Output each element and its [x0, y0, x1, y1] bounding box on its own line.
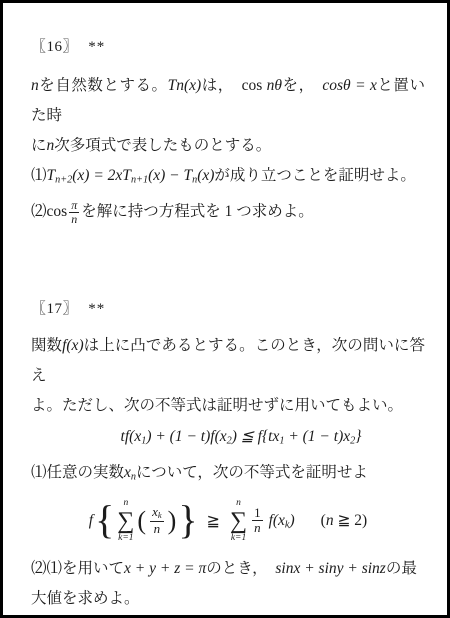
problem-17-part-2-line-2: 大値を求めよ。	[31, 584, 425, 614]
fraction-pi-over-n: πn	[69, 199, 79, 226]
problem-16-number: 〖16〗	[31, 39, 78, 55]
problem-16-header: 〖16〗 **	[31, 37, 425, 57]
document-page: 〖16〗 ** nを自然数とする。Tn(x)は， cos nθを， cosθ =…	[0, 0, 450, 618]
problem-17-header: 〖17〗 **	[31, 299, 425, 319]
problem-17-statement-line-1: 関数f(x)は上に凸であるとする。このとき，次の問いに答え	[31, 331, 425, 391]
right-brace: }	[178, 500, 197, 540]
problem-17-statement-line-2: よ。ただし、次の不等式は証明せずに用いてもよい。	[31, 391, 425, 421]
fraction-1-over-n: 1 n	[252, 506, 263, 536]
inequality-symbol: ≧	[207, 511, 220, 531]
page-content: 〖16〗 ** nを自然数とする。Tn(x)は， cos nθを， cosθ =…	[3, 37, 447, 614]
fraction-denominator: n	[152, 522, 163, 536]
summation-1: n ∑ k=1	[117, 498, 134, 543]
fraction-numerator: xk	[150, 505, 164, 521]
fraction-denominator: n	[252, 521, 263, 535]
formula-jensen: f { n ∑ k=1 ( xk n ) } ≧ n ∑ k=1 1 n	[31, 496, 425, 546]
problem-17-difficulty-stars: **	[88, 301, 105, 317]
problem-16-difficulty-stars: **	[88, 39, 105, 55]
problem-16-part-2-prefix: ⑵cos	[31, 203, 67, 220]
fraction-denominator: n	[69, 213, 79, 226]
function-symbol: f	[89, 512, 93, 530]
sigma-symbol: ∑	[117, 509, 134, 533]
left-paren: (	[137, 508, 146, 534]
sigma-symbol: ∑	[230, 509, 247, 533]
problem-16-part-1: ⑴Tn+2(x) = 2xTn+1(x) − Tn(x)が成り立つことを証明せよ…	[31, 161, 425, 195]
problem-17-number: 〖17〗	[31, 301, 78, 317]
summation-2-lower-limit: k=1	[231, 533, 246, 543]
summation-2: n ∑ k=1	[230, 498, 247, 543]
formula-jensen-condition: (n ≧ 2)	[321, 511, 368, 530]
fraction-xk-over-n: xk n	[150, 505, 164, 536]
fraction-numerator: π	[69, 199, 79, 213]
fraction-numerator: 1	[252, 506, 263, 521]
problem-17-part-2-line-1: ⑵⑴を用いてx + y + z = πのとき， sinx + siny + si…	[31, 554, 425, 584]
left-brace: {	[95, 500, 114, 540]
right-paren: )	[168, 508, 177, 534]
problem-16-statement-line-2: にn次多項式で表したものとする。	[31, 131, 425, 161]
formula-convexity: tf(x1) + (1 − t)f(x2) ≦ f{tx1 + (1 − t)x…	[31, 421, 425, 457]
formula-jensen-rhs-function: f(xk)	[269, 512, 295, 530]
problem-16-statement-line-1: nを自然数とする。Tn(x)は， cos nθを， cosθ = xと置いた時	[31, 71, 425, 131]
problem-16-part-2: ⑵cosπnを解に持つ方程式を 1 つ求めよ。	[31, 195, 425, 229]
summation-1-lower-limit: k=1	[118, 533, 133, 543]
problem-17-part-1: ⑴任意の実数xnについて，次の不等式を証明せよ	[31, 458, 425, 492]
problem-16-part-2-suffix: を解に持つ方程式を 1 つ求めよ。	[81, 203, 314, 220]
